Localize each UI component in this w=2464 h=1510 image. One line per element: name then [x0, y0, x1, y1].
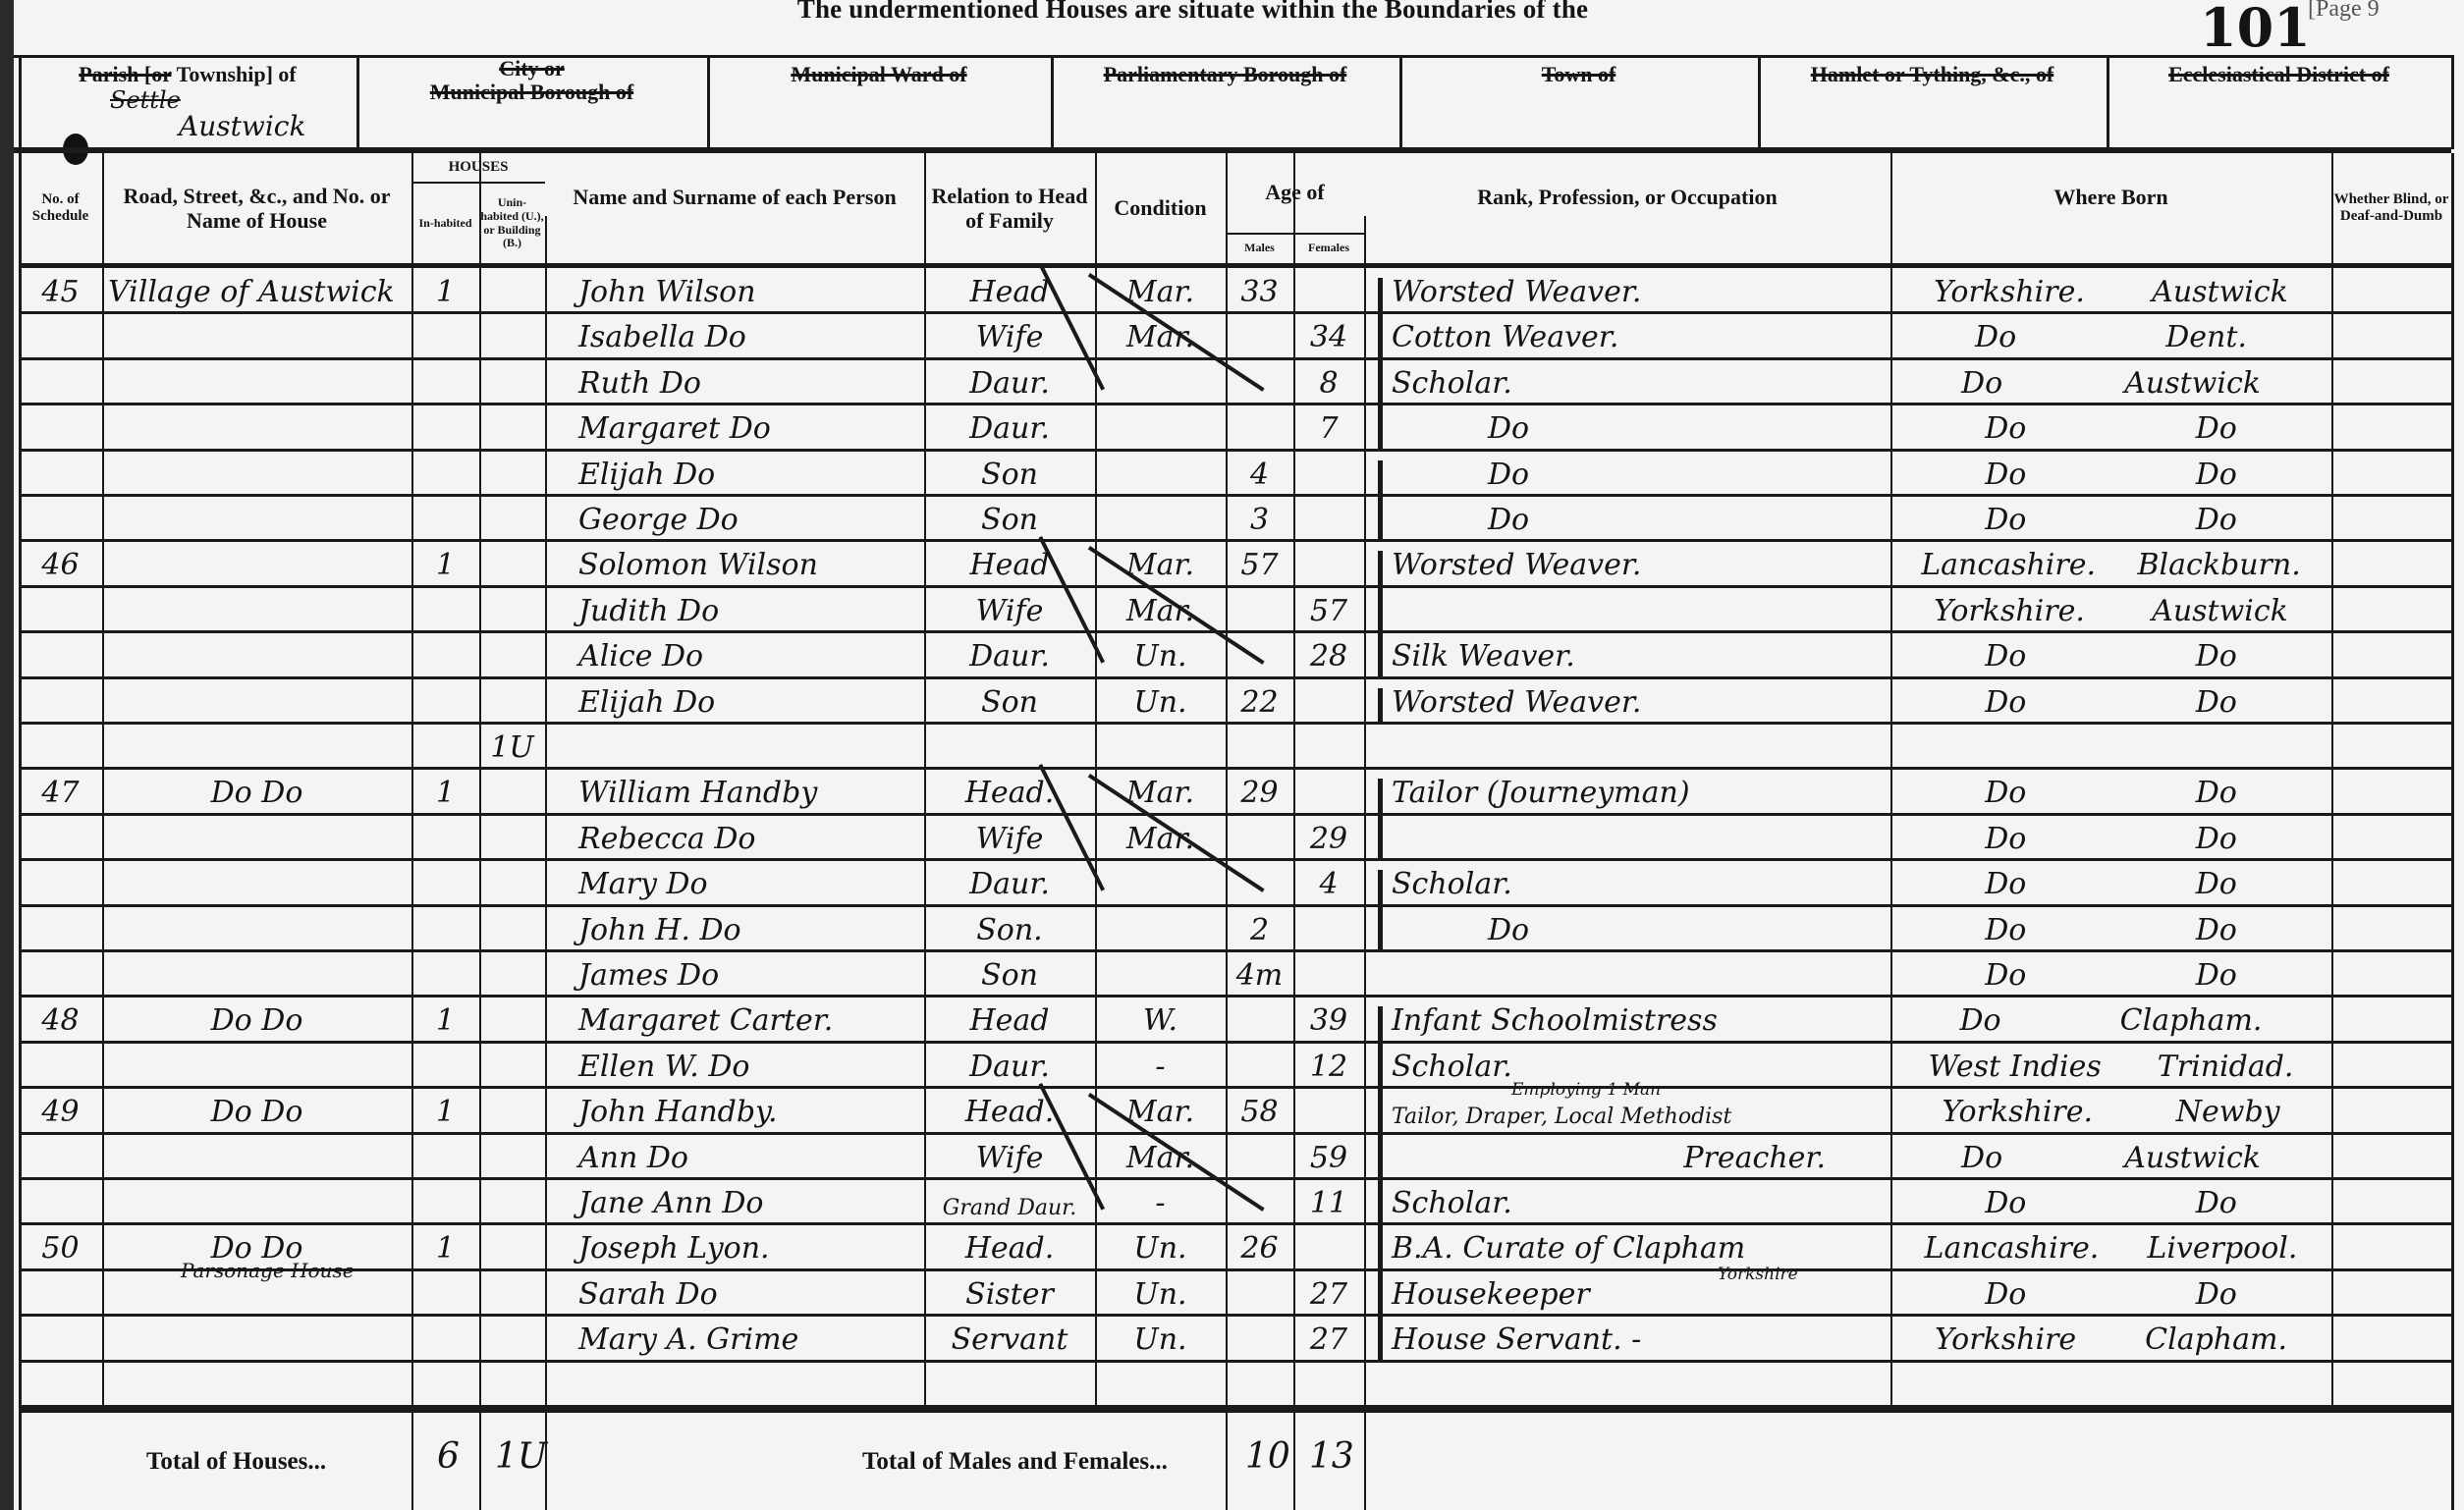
relation: Wife: [930, 313, 1089, 358]
person-name: Solomon Wilson: [551, 541, 918, 586]
birth-place: Do: [2196, 958, 2237, 993]
occupation: B.A. Curate of Clapham: [1370, 1224, 1885, 1269]
road-address: Village of Austwick: [108, 268, 406, 313]
condition: Un.: [1101, 632, 1220, 677]
where-born: DoDo: [1900, 951, 2322, 997]
schedule-number: 49: [25, 1088, 96, 1133]
where-born: Yorkshire.Newby: [1900, 1088, 2322, 1133]
kept-text: Township] of: [172, 62, 297, 86]
total-females: 13: [1309, 1436, 1354, 1477]
occupation: Do: [1370, 496, 1885, 541]
occupation: Scholar.: [1370, 860, 1885, 905]
person-name: Ruth Do: [551, 359, 918, 404]
birth-place: Austwick: [2124, 366, 2261, 401]
person-name: James Do: [551, 951, 918, 997]
column-rule: [1364, 1407, 1366, 1510]
person-name: Alice Do: [551, 632, 918, 677]
birth-place: Do: [2196, 411, 2237, 446]
band-divider: [1399, 55, 1402, 149]
person-name: Jane Ann Do: [551, 1179, 918, 1224]
band-divider: [707, 55, 710, 149]
occupation: Do: [1370, 906, 1885, 951]
header-age: Age of: [1226, 153, 1364, 232]
boundary-label: Municipal Borough of: [359, 81, 704, 104]
occupation: Worsted Weaver.: [1370, 678, 1885, 724]
person-name: George Do: [551, 496, 918, 541]
condition: Un.: [1101, 1270, 1220, 1316]
birth-county: Yorkshire: [1935, 1322, 2076, 1357]
relation: Son: [930, 678, 1089, 724]
birth-place: Dent.: [2165, 320, 2247, 354]
occupation: Worsted Weaver.: [1370, 541, 1885, 586]
male-age: 3: [1232, 496, 1287, 541]
inhabited-count: 1: [417, 997, 473, 1042]
parish-value: Austwick: [179, 110, 305, 142]
birth-county: Yorkshire.: [1942, 1095, 2093, 1129]
boundary-label: Town of: [1402, 63, 1755, 86]
birth-place: Do: [2196, 458, 2237, 492]
occupation: Do: [1370, 404, 1885, 450]
birth-county: Lancashire.: [1925, 1231, 2100, 1266]
birth-county: Do: [1985, 685, 2026, 720]
occupation: Cotton Weaver.: [1370, 313, 1885, 358]
relation: Son: [930, 451, 1089, 496]
relation: Wife: [930, 587, 1089, 632]
birth-county: Do: [1985, 958, 2026, 993]
condition: -: [1101, 1179, 1220, 1224]
column-rule: [411, 1407, 413, 1510]
table-row: Ellen W. DoDaur.-12Scholar.West IndiesTr…: [0, 1043, 2464, 1088]
boundary-label: Hamlet or Tything, &c., of: [1761, 63, 2104, 86]
boundary-field-5: Hamlet or Tything, &c., of: [1761, 57, 2104, 147]
inhabited-count: 1: [417, 769, 473, 814]
table-row: 49Do Do1John Handby.Head.Mar.58Tailor, D…: [0, 1088, 2464, 1133]
birth-place: Clapham.: [2145, 1322, 2287, 1357]
where-born: DoDo: [1900, 860, 2322, 905]
where-born: DoDo: [1900, 404, 2322, 450]
total-houses-label: Total of Houses...: [146, 1448, 326, 1476]
header-name: Name and Surname of each Person: [545, 153, 924, 242]
relation: Son: [930, 496, 1089, 541]
birth-place: Austwick: [2124, 1141, 2261, 1175]
birth-place: Do: [2196, 822, 2237, 856]
road-address: Do Do: [108, 769, 406, 814]
person-name: Joseph Lyon.: [551, 1224, 918, 1269]
schedule-number: 50: [25, 1224, 96, 1269]
condition: Mar.: [1101, 769, 1220, 814]
birth-county: Do: [1975, 320, 2016, 354]
female-age: 27: [1299, 1270, 1358, 1316]
table-row: Elijah DoSonUn.22Worsted Weaver.DoDo: [0, 678, 2464, 724]
census-page: The undermentioned Houses are situate wi…: [0, 0, 2464, 1510]
condition: Mar.: [1101, 815, 1220, 860]
inhabited-count: 1: [417, 541, 473, 586]
condition: Mar.: [1101, 1134, 1220, 1179]
where-born: DoDo: [1900, 1179, 2322, 1224]
where-born: DoDent.: [1900, 313, 2322, 358]
birth-place: Do: [2196, 776, 2237, 810]
road-address: Do Do: [108, 997, 406, 1042]
header-condition: Condition: [1095, 153, 1226, 263]
birth-county: Do: [1985, 639, 2026, 674]
relation: Head.: [930, 1088, 1089, 1133]
condition: Mar.: [1101, 313, 1220, 358]
band-divider: [1051, 55, 1054, 149]
schedule-number: 45: [25, 268, 96, 313]
birth-county: West Indies: [1929, 1050, 2102, 1084]
male-age: 22: [1232, 678, 1287, 724]
inhabited-count: 1: [417, 1088, 473, 1133]
column-rule: [1226, 1407, 1228, 1510]
relation: Head: [930, 997, 1089, 1042]
header-males: Males: [1226, 233, 1293, 263]
relation: Head: [930, 268, 1089, 313]
birth-county: Do: [1985, 411, 2026, 446]
relation: Daur.: [930, 632, 1089, 677]
where-born: DoDo: [1900, 906, 2322, 951]
person-name: Margaret Carter.: [551, 997, 918, 1042]
page-number: 101: [2200, 0, 2311, 59]
occupation: Scholar.: [1370, 1179, 1885, 1224]
table-row: Mary A. GrimeServantUn.27House Servant. …: [0, 1316, 2464, 1361]
boundary-label: Municipal Ward of: [710, 63, 1048, 86]
boundary-label: Parliamentary Borough of: [1054, 63, 1396, 86]
occupation: Tailor (Journeyman): [1370, 769, 1885, 814]
relation: Son.: [930, 906, 1089, 951]
female-age: 7: [1299, 404, 1358, 450]
person-name: John Wilson: [551, 268, 918, 313]
header-schedule: No. of Schedule: [19, 153, 102, 263]
relation: Daur.: [930, 860, 1089, 905]
relation: Head.: [930, 1224, 1089, 1269]
birth-place: Newby: [2176, 1095, 2280, 1129]
condition: Mar.: [1101, 587, 1220, 632]
person-name: Judith Do: [551, 587, 918, 632]
birth-county: Do: [1985, 776, 2026, 810]
birth-place: Trinidad.: [2158, 1050, 2294, 1084]
person-name: Elijah Do: [551, 451, 918, 496]
person-name: Ellen W. Do: [551, 1043, 918, 1088]
relation: Daur.: [930, 404, 1089, 450]
table-row: Elijah DoSon4DoDoDo: [0, 451, 2464, 496]
header-occupation: Rank, Profession, or Occupation: [1364, 153, 1890, 242]
relation: Sister: [930, 1270, 1089, 1316]
band-divider: [19, 55, 22, 149]
birth-county: Yorkshire.: [1934, 275, 2085, 309]
occupation: Housekeeper: [1370, 1270, 1885, 1316]
male-age: 29: [1232, 769, 1287, 814]
table-row: Jane Ann DoGrand Daur.-11Scholar.DoDo: [0, 1179, 2464, 1224]
schedule-number: 47: [25, 769, 96, 814]
where-born: Yorkshire.Austwick: [1900, 587, 2322, 632]
condition: -: [1101, 1043, 1220, 1088]
boundary-label: Ecclesiastical District of: [2109, 63, 2448, 86]
totals-rule: [19, 1407, 2451, 1413]
female-age: 11: [1299, 1179, 1358, 1224]
table-row: Sarah DoSisterUn.27HousekeeperDoDo: [0, 1270, 2464, 1316]
female-age: 34: [1299, 313, 1358, 358]
where-born: DoDo: [1900, 769, 2322, 814]
boundary-field-4: Town of: [1402, 57, 1755, 147]
condition: Mar.: [1101, 1088, 1220, 1133]
person-name: Elijah Do: [551, 678, 918, 724]
occupation: House Servant. -: [1370, 1316, 1885, 1361]
birth-place: Blackburn.: [2138, 548, 2301, 582]
total-males: 10: [1245, 1436, 1290, 1477]
birth-county: Do: [1985, 867, 2026, 901]
person-name: William Handby: [551, 769, 918, 814]
female-age: 39: [1299, 997, 1358, 1042]
band-divider: [2107, 55, 2109, 149]
banner-text: The undermentioned Houses are situate wi…: [797, 0, 1589, 24]
male-age: 58: [1232, 1088, 1287, 1133]
relation: Grand Daur.: [930, 1179, 1089, 1224]
birth-place: Do: [2196, 913, 2237, 947]
condition: Un.: [1101, 1316, 1220, 1361]
birth-county: Do: [1961, 1141, 2002, 1175]
birth-county: Do: [1985, 822, 2026, 856]
table-row: Rebecca DoWifeMar.29DoDo: [0, 815, 2464, 860]
birth-county: Do: [1960, 1003, 2001, 1038]
where-born: West IndiesTrinidad.: [1900, 1043, 2322, 1088]
male-age: 4: [1232, 451, 1287, 496]
person-name: John Handby.: [551, 1088, 918, 1133]
condition: Mar.: [1101, 268, 1220, 313]
boundary-label: City or: [359, 57, 704, 81]
page-label: [Page 9: [2308, 0, 2380, 23]
relation: Servant: [930, 1316, 1089, 1361]
table-row: Ruth DoDaur.8Scholar.DoAustwick: [0, 359, 2464, 404]
table-row: Alice DoDaur.Un.28Silk Weaver.DoDo: [0, 632, 2464, 677]
where-born: DoDo: [1900, 632, 2322, 677]
condition: W.: [1101, 997, 1220, 1042]
condition: Un.: [1101, 678, 1220, 724]
occupation: Do: [1370, 451, 1885, 496]
column-rule: [479, 1407, 481, 1510]
header-females: Females: [1293, 233, 1364, 263]
uninhabited-count: 1U: [485, 724, 539, 769]
band-divider: [356, 55, 359, 149]
male-age: 26: [1232, 1224, 1287, 1269]
total-uninhabited: 1U: [495, 1436, 547, 1477]
condition: Mar.: [1101, 541, 1220, 586]
female-age: 12: [1299, 1043, 1358, 1088]
table-row: 461Solomon WilsonHeadMar.57Worsted Weave…: [0, 541, 2464, 586]
table-row: James DoSon4mDoDo: [0, 951, 2464, 997]
schedule-number: 46: [25, 541, 96, 586]
table-row: 48Do Do1Margaret Carter.HeadW.39Infant S…: [0, 997, 2464, 1042]
where-born: Yorkshire.Austwick: [1900, 268, 2322, 313]
relation: Head: [930, 541, 1089, 586]
table-row: Mary DoDaur.4Scholar.DoDo: [0, 860, 2464, 905]
header-where-born: Where Born: [1890, 153, 2331, 242]
struck-text: Parish [or: [79, 62, 171, 86]
table-row: George DoSon3DoDoDo: [0, 496, 2464, 541]
relation: Daur.: [930, 1043, 1089, 1088]
birth-place: Do: [2196, 867, 2237, 901]
birth-county: Yorkshire.: [1934, 594, 2085, 628]
person-name: Mary Do: [551, 860, 918, 905]
occupation: Preacher.: [1370, 1134, 1885, 1179]
table-row: John H. DoSon.2DoDoDo: [0, 906, 2464, 951]
where-born: DoDo: [1900, 815, 2322, 860]
female-age: 57: [1299, 587, 1358, 632]
birth-place: Do: [2196, 685, 2237, 720]
header-relation: Relation to Head of Family: [924, 153, 1095, 263]
person-name: Ann Do: [551, 1134, 918, 1179]
birth-county: Do: [1985, 1186, 2026, 1220]
inhabited-count: 1: [417, 1224, 473, 1269]
female-age: 4: [1299, 860, 1358, 905]
table-row: 45Village of Austwick1John WilsonHeadMar…: [0, 268, 2464, 313]
schedule-number: 48: [25, 997, 96, 1042]
person-name: Isabella Do: [551, 313, 918, 358]
band-divider: [1758, 55, 1761, 149]
table-row: Judith DoWifeMar.57Yorkshire.Austwick: [0, 587, 2464, 632]
header-road: Road, Street, &c., and No. or Name of Ho…: [102, 153, 411, 263]
column-rule: [1293, 1407, 1295, 1510]
table-row: 50Do Do1Joseph Lyon.Head.Un.26B.A. Curat…: [0, 1224, 2464, 1269]
birth-place: Do: [2196, 1277, 2237, 1312]
header-uninhabited: Unin-habited (U.), or Building (B.): [479, 184, 545, 263]
where-born: Lancashire.Liverpool.: [1900, 1224, 2322, 1269]
person-name: Rebecca Do: [551, 815, 918, 860]
table-row: Margaret DoDaur.7DoDoDo: [0, 404, 2464, 450]
table-row: Isabella DoWifeMar.34Cotton Weaver.DoDen…: [0, 313, 2464, 358]
total-persons-label: Total of Males and Females...: [862, 1448, 1168, 1476]
band-top-rule: [14, 55, 2451, 58]
female-age: 29: [1299, 815, 1358, 860]
male-age: 33: [1232, 268, 1287, 313]
band-divider: [2451, 55, 2454, 149]
boundary-field-6: Ecclesiastical District of: [2109, 57, 2448, 147]
where-born: DoClapham.: [1900, 997, 2322, 1042]
table-row: [0, 1362, 2464, 1407]
person-name: Margaret Do: [551, 404, 918, 450]
table-row: 47Do Do1William HandbyHead.Mar.29Tailor …: [0, 769, 2464, 814]
boundary-field-3: Parliamentary Borough of: [1054, 57, 1396, 147]
person-name: Mary A. Grime: [551, 1316, 918, 1361]
table-row: 1U: [0, 724, 2464, 769]
birth-place: Do: [2196, 639, 2237, 674]
birth-place: Austwick: [2152, 275, 2288, 309]
road-address: Do Do: [108, 1088, 406, 1133]
inhabited-count: 1: [417, 268, 473, 313]
relation: Daur.: [930, 359, 1089, 404]
person-name: John H. Do: [551, 906, 918, 951]
female-age: 8: [1299, 359, 1358, 404]
condition: Un.: [1101, 1224, 1220, 1269]
where-born: YorkshireClapham.: [1900, 1316, 2322, 1361]
where-born: Lancashire.Blackburn.: [1900, 541, 2322, 586]
birth-county: Do: [1985, 1277, 2026, 1312]
boundary-field-0: Parish [or Township] ofSettleAustwick: [22, 57, 354, 147]
occupation-annotation: Employing 1 Man: [1511, 1080, 1661, 1100]
birth-place: Do: [2196, 1186, 2237, 1220]
female-age: 27: [1299, 1316, 1358, 1361]
relation: Wife: [930, 815, 1089, 860]
birth-place: Austwick: [2152, 594, 2288, 628]
total-inhabited: 6: [437, 1436, 460, 1477]
boundary-field-2: Municipal Ward of: [710, 57, 1048, 147]
birth-county: Do: [1985, 913, 2026, 947]
where-born: DoDo: [1900, 678, 2322, 724]
male-age: 57: [1232, 541, 1287, 586]
birth-place: Liverpool.: [2147, 1231, 2297, 1266]
person-name: Sarah Do: [551, 1270, 918, 1316]
where-born: DoDo: [1900, 1270, 2322, 1316]
occupation: Worsted Weaver.: [1370, 268, 1885, 313]
occupation: Silk Weaver.: [1370, 632, 1885, 677]
where-born: DoAustwick: [1900, 359, 2322, 404]
birth-county: Do: [1985, 458, 2026, 492]
table-row: Ann DoWifeMar.59Preacher.DoAustwick: [0, 1134, 2464, 1179]
header-infirmity: Whether Blind, or Deaf-and-Dumb: [2331, 153, 2451, 263]
header-inhabited: In-habited: [411, 184, 479, 263]
birth-county: Do: [1961, 366, 2002, 401]
where-born: DoDo: [1900, 451, 2322, 496]
birth-county: Lancashire.: [1921, 548, 2096, 582]
birth-place: Clapham.: [2120, 1003, 2263, 1038]
where-born: DoAustwick: [1900, 1134, 2322, 1179]
female-age: 59: [1299, 1134, 1358, 1179]
page-banner: The undermentioned Houses are situate wi…: [0, 0, 2464, 25]
male-age: 4m: [1232, 951, 1287, 997]
crossed-place: Settle: [110, 86, 181, 114]
where-born: DoDo: [1900, 496, 2322, 541]
occupation: Infant Schoolmistress: [1370, 997, 1885, 1042]
birth-county: Do: [1985, 503, 2026, 537]
boundary-label: Parish [or Township] of: [22, 63, 354, 86]
relation: Head.: [930, 769, 1089, 814]
birth-place: Do: [2196, 503, 2237, 537]
male-age: 2: [1232, 906, 1287, 951]
occupation: Scholar.: [1370, 359, 1885, 404]
female-age: 28: [1299, 632, 1358, 677]
header-houses: HOUSES: [411, 153, 545, 183]
boundary-field-1: City orMunicipal Borough of: [359, 57, 704, 147]
relation: Wife: [930, 1134, 1089, 1179]
relation: Son: [930, 951, 1089, 997]
